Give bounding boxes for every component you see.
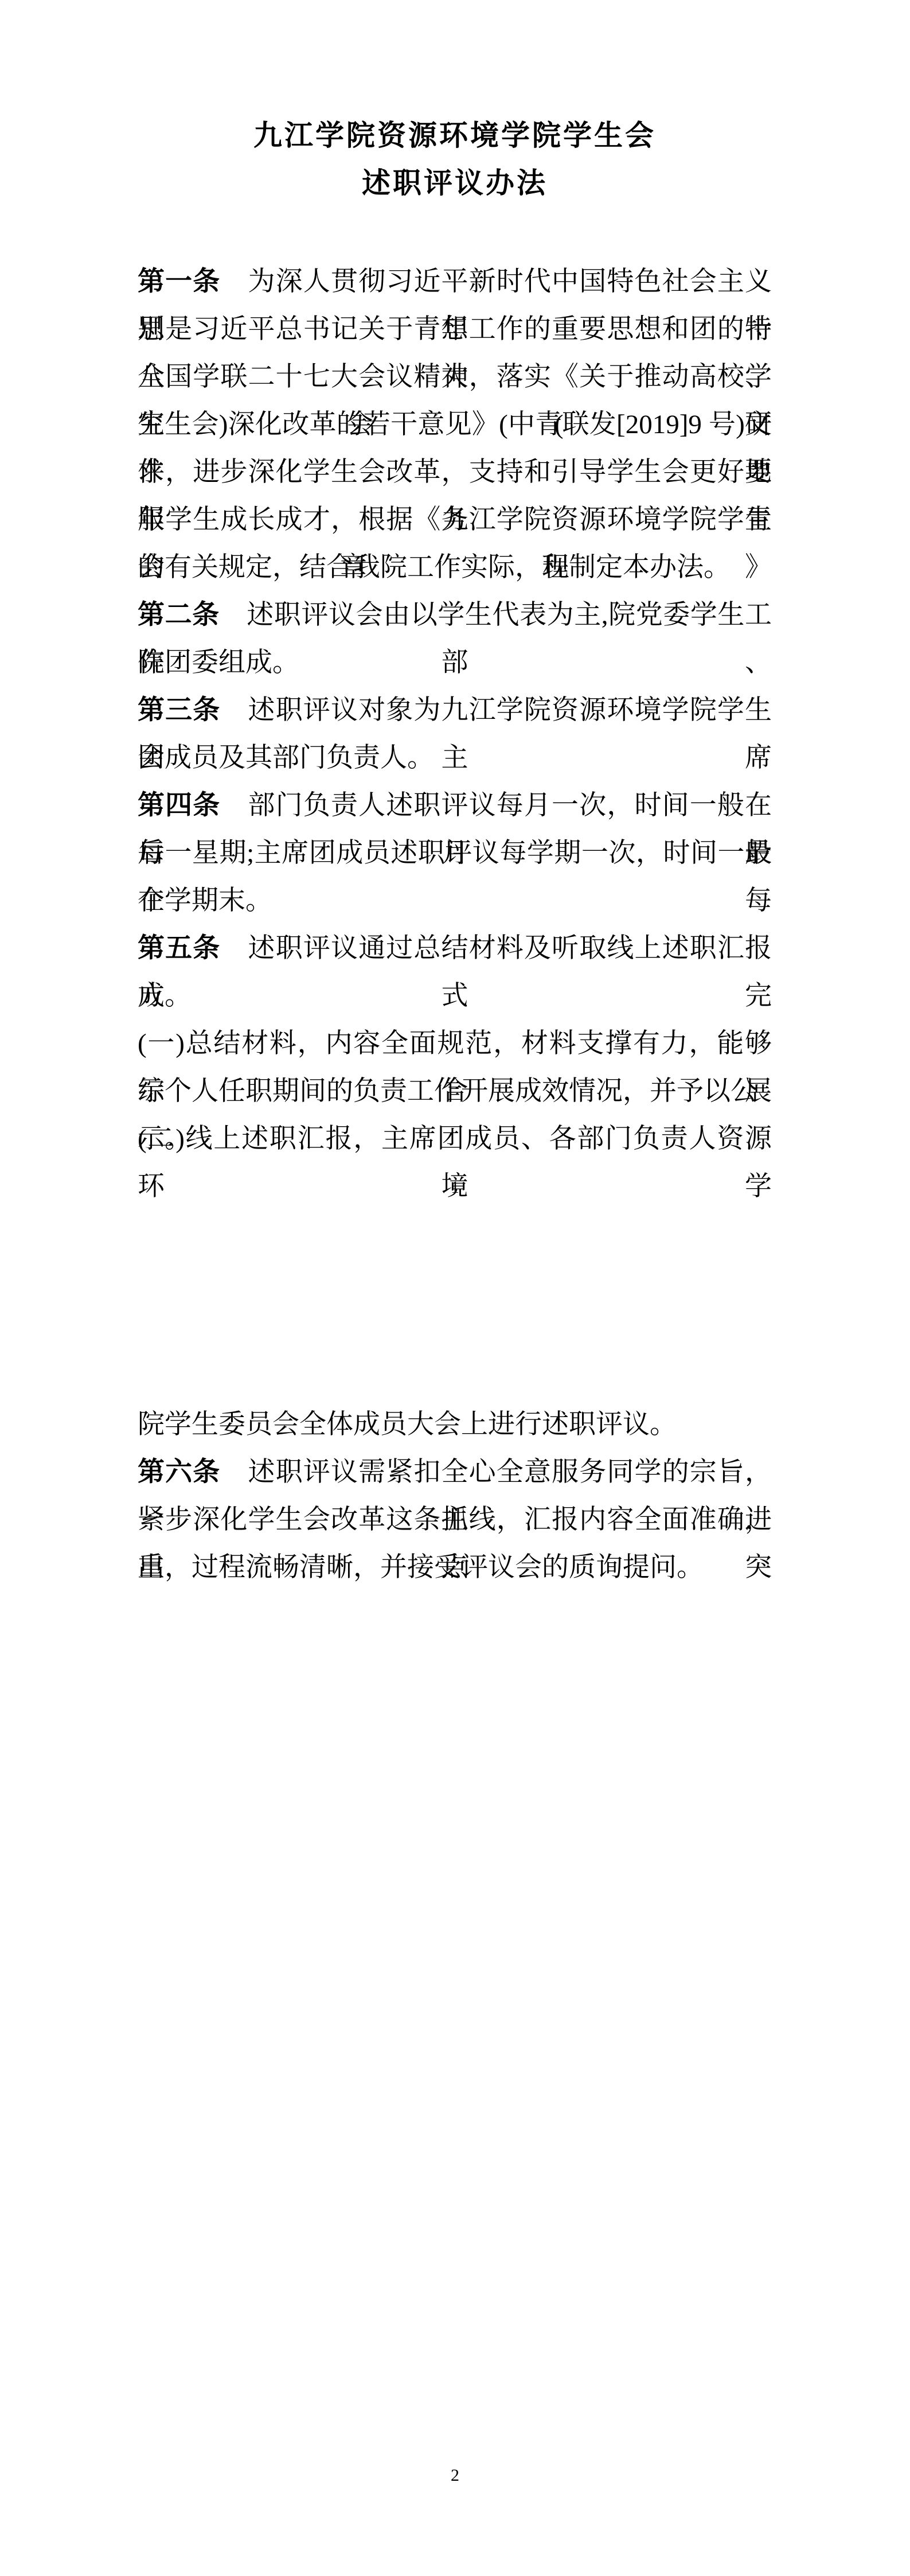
page-1: 九江学院资源环境学院学生会 述职评议办法 第一条 为深人贯彻习近平新时代中国特色… xyxy=(0,0,910,1288)
body-line: 出，过程流畅清晰，并接受评议会的质询提问。 xyxy=(138,1544,772,1591)
body-line: 一步深化学生会改革这条主线，汇报内容全面准确，重点突 xyxy=(138,1496,772,1544)
body-line: 的有关规定，结合我院工作实际，现制定本办法。 xyxy=(138,544,772,592)
document-title-line-2: 述职评议办法 xyxy=(138,159,772,207)
body-line: 全国学联二十七大会议精神，落实《关于推动高校学生会(研 xyxy=(138,353,772,401)
page-2: 院学生委员会全体成员大会上进行述职评议。第六条 述职评议需紧扣全心全意服务同学的… xyxy=(0,1288,910,2576)
page-2-body: 院学生委员会全体成员大会上进行述职评议。第六条 述职评议需紧扣全心全意服务同学的… xyxy=(138,1401,772,1591)
article-number: 第一条 xyxy=(138,267,220,297)
body-line: 第一条 为深人贯彻习近平新时代中国特色社会主义思想特 xyxy=(138,258,772,306)
document-title-line-1: 九江学院资源环境学院学生会 xyxy=(138,112,772,159)
body-line: 院学生委员会全体成员大会上进行述职评议。 xyxy=(138,1401,772,1449)
body-line: 后一星期;主席团成员述职评议每学期一次，时间一般在每 xyxy=(138,830,772,877)
article-number: 第二条 xyxy=(138,600,220,630)
page-1-body: 第一条 为深人贯彻习近平新时代中国特色社会主义思想特别是习近平总书记关于青年工作… xyxy=(138,258,772,1163)
article-number: 第五条 xyxy=(138,933,220,963)
body-line: 别是习近平总书记关于青年工作的重要思想和团的十八大、 xyxy=(138,306,772,353)
document: 九江学院资源环境学院学生会 述职评议办法 第一条 为深人贯彻习近平新时代中国特色… xyxy=(0,0,910,2576)
body-line: 第二条 述职评议会由以学生代表为主,院党委学生工作部、 xyxy=(138,592,772,639)
document-title: 九江学院资源环境学院学生会 述职评议办法 xyxy=(138,112,772,207)
page-2-number: 2 xyxy=(0,2464,910,2487)
body-line: (二)线上述职汇报，主席团成员、各部门负责人资源环境学 xyxy=(138,1115,772,1163)
body-line: 第六条 述职评议需紧扣全心全意服务同学的宗旨，紧抓进 xyxy=(138,1449,772,1496)
body-line: 求，进步深化学生会改革，支持和引导学生会更好地服务青 xyxy=(138,449,772,496)
body-line: 第四条 部门负责人述职评议每月一次，时间一般在每月最 xyxy=(138,782,772,830)
body-line: 第五条 述职评议通过总结材料及听取线上述职汇报方式完 xyxy=(138,925,772,972)
article-number: 第三条 xyxy=(138,695,220,725)
body-line: 第三条 述职评议对象为九江学院资源环境学院学生会主席 xyxy=(138,687,772,734)
article-number: 第六条 xyxy=(138,1457,220,1487)
body-line: 示个人任职期间的负责工作开展成效情况，并予以公示。 xyxy=(138,1068,772,1115)
page-1-number: 1 xyxy=(0,1176,910,1199)
article-number: 第四条 xyxy=(138,791,220,820)
body-line: 究生会)深化改革的若干意见》(中青联发[2019]9 号)文件要 xyxy=(138,401,772,449)
body-line: (一)总结材料，内容全面规范，材料支撑有力，能够综合展 xyxy=(138,1020,772,1068)
body-line: 年学生成长成才，根据《九江学院资源环境学院学生会章程》 xyxy=(138,496,772,544)
